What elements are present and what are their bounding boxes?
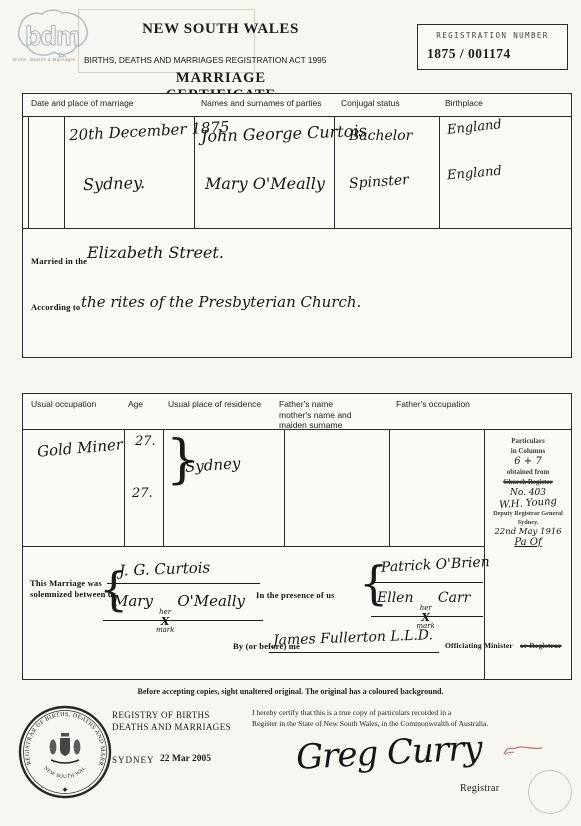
signature-line bbox=[269, 652, 439, 653]
stamp-columns-value: 6 + 7 bbox=[486, 456, 570, 467]
issue-city: SYDNEY bbox=[112, 755, 155, 765]
stamp-initials: Pa Of bbox=[486, 537, 570, 548]
column-divider bbox=[163, 429, 164, 546]
column-divider bbox=[439, 116, 440, 228]
cell-bride-name: Mary O'Meally bbox=[205, 174, 325, 193]
registrar-signature: Greg Curry bbox=[295, 728, 483, 778]
column-divider bbox=[284, 429, 285, 546]
stamp-church-register: Church Register bbox=[486, 477, 570, 487]
act-title: BIRTHS, DEATHS AND MARRIAGES REGISTRATIO… bbox=[84, 55, 326, 65]
officiating-minister-label: Officiating Minister bbox=[445, 641, 513, 650]
cell-groom-birthplace: England bbox=[446, 117, 502, 138]
registration-box: REGISTRATION NUMBER 1875 / 001174 bbox=[417, 24, 568, 70]
side-stamp: Particulars in Columns 6 + 7 obtained fr… bbox=[486, 436, 570, 548]
copies-notice: Before accepting copies, sight unaltered… bbox=[0, 687, 581, 696]
row-divider bbox=[23, 546, 484, 547]
signature-line bbox=[371, 582, 483, 583]
bride-signature: MaryherXmarkO'Meally bbox=[113, 592, 245, 634]
witness1-signature: Patrick O'Brien bbox=[381, 554, 490, 576]
row-divider bbox=[23, 228, 571, 229]
cell-groom-status: Bachelor bbox=[349, 128, 412, 144]
witness2-last-name: Carr bbox=[438, 590, 470, 606]
registration-label: REGISTRATION NUMBER bbox=[418, 31, 567, 40]
header-divider bbox=[23, 116, 571, 117]
witness2-signature: EllenherXmarkCarr bbox=[377, 590, 470, 630]
certify-text-line2: Register in the State of New South Wales… bbox=[252, 719, 488, 728]
details-table: Usual occupation Age Usual place of resi… bbox=[22, 393, 572, 680]
certify-text-line1: I hereby certify that this is a true cop… bbox=[252, 708, 451, 717]
marriage-certificate-page: bdm Births, Deaths & Marriages NEW SOUTH… bbox=[0, 0, 581, 826]
bdm-logo-text: bdm bbox=[25, 21, 79, 51]
signature-line bbox=[371, 616, 483, 617]
residence-value: Sydney bbox=[184, 454, 240, 476]
married-in-label: Married in the bbox=[31, 256, 87, 266]
signature-line bbox=[103, 620, 263, 621]
th-fathers-name: Father's name mother's name and maiden s… bbox=[279, 399, 352, 431]
bride-first-name: Mary bbox=[113, 592, 153, 610]
stamp-date: 22nd May 1916 bbox=[486, 527, 570, 537]
stamp-line: in Columns bbox=[486, 446, 570, 456]
column-divider bbox=[64, 116, 65, 228]
th-residence: Usual place of residence bbox=[168, 399, 261, 409]
registry-name-line1: REGISTRY OF BIRTHS bbox=[112, 710, 210, 720]
coat-of-arms-icon bbox=[50, 733, 81, 792]
registry-name-line2: DEATHS AND MARRIAGES bbox=[112, 722, 231, 732]
stamp-line: obtained from bbox=[486, 467, 570, 477]
according-to-label: According to bbox=[31, 302, 80, 312]
column-divider bbox=[124, 429, 125, 546]
according-to-value: the rites of the Presbyterian Church. bbox=[81, 293, 361, 311]
th-occupation: Usual occupation bbox=[31, 399, 96, 409]
age-bride-value: 27. bbox=[132, 486, 153, 501]
th-conjugal: Conjugal status bbox=[341, 98, 400, 108]
issue-date: 22 Mar 2005 bbox=[160, 754, 211, 764]
mark-label: mark bbox=[156, 627, 174, 634]
registration-number: 1875 / 001174 bbox=[427, 46, 511, 62]
groom-signature: J. G. Curtois bbox=[119, 558, 211, 579]
th-names: Names and surnames of parties bbox=[201, 98, 321, 108]
stamp-line: Particulars bbox=[486, 436, 570, 446]
officiant-signature: James Fullerton L.L.D. bbox=[273, 627, 433, 649]
th-date-place: Date and place of marriage bbox=[31, 98, 134, 108]
married-in-value: Elizabeth Street. bbox=[87, 243, 224, 262]
occupation-value: Gold Miner bbox=[36, 435, 123, 460]
witness2-first-name: Ellen bbox=[377, 590, 413, 606]
th-birthplace: Birthplace bbox=[445, 98, 483, 108]
pink-annotation-icon bbox=[502, 742, 550, 762]
header-divider bbox=[23, 429, 571, 430]
column-divider bbox=[28, 116, 29, 228]
embossed-circle-stamp bbox=[528, 770, 572, 814]
age-groom-value: 27. bbox=[135, 434, 156, 449]
th-age: Age bbox=[128, 399, 143, 409]
marriage-table: Date and place of marriage Names and sur… bbox=[22, 93, 572, 358]
column-divider bbox=[389, 429, 390, 546]
cell-bride-status: Spinster bbox=[349, 172, 410, 192]
registry-seal: REGISTRAR OF BIRTHS, DEATHS AND MARRIAGE… bbox=[17, 704, 113, 800]
struck-registrar-label: or Registrar bbox=[520, 641, 562, 650]
cell-place: Sydney. bbox=[83, 173, 146, 194]
deputy-city: Sydney. bbox=[486, 518, 570, 527]
bride-last-name: O'Meally bbox=[177, 592, 245, 610]
presence-label: In the presence of us bbox=[256, 590, 335, 600]
th-fathers-occupation: Father's occupation bbox=[396, 399, 470, 409]
cell-bride-birthplace: England bbox=[446, 164, 502, 184]
signature-line bbox=[107, 583, 260, 584]
state-title: NEW SOUTH WALES bbox=[118, 21, 323, 38]
registrar-label: Registrar bbox=[460, 783, 499, 794]
